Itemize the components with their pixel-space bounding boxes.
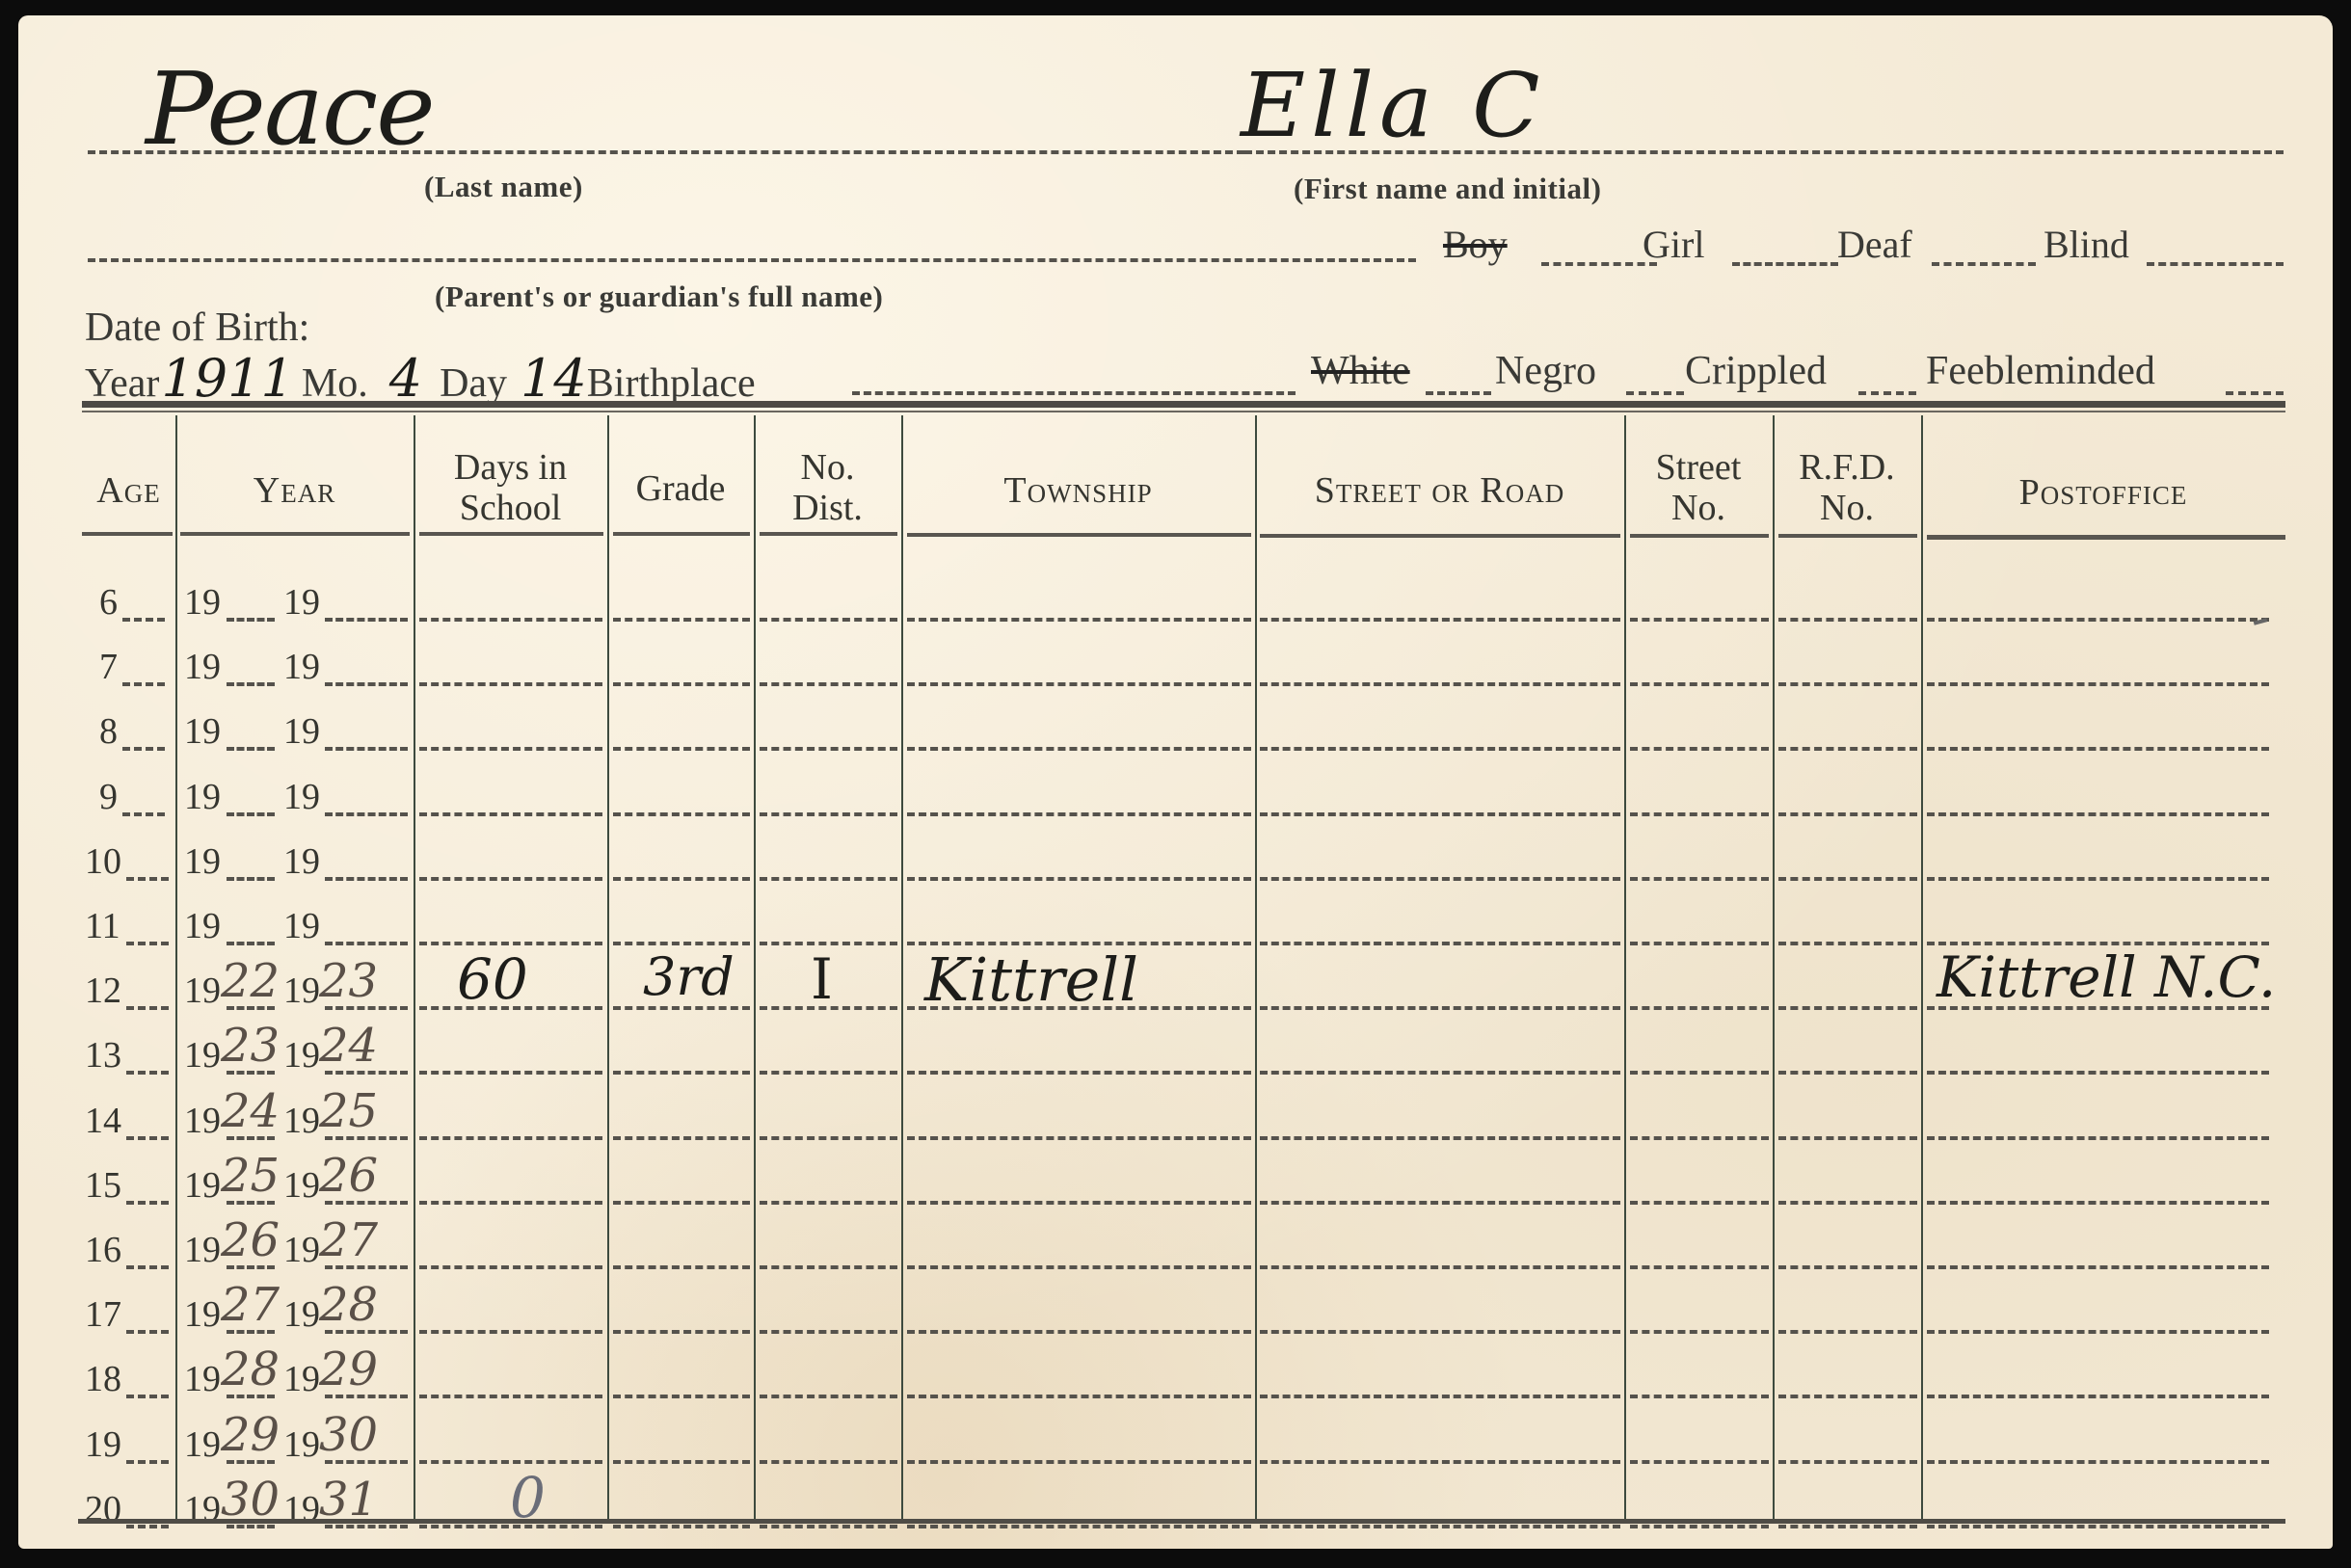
- year-from-dash: [227, 1265, 275, 1269]
- row-year-from[interactable]: 28: [221, 1342, 280, 1396]
- row-year-from-prefix: 19: [184, 840, 221, 883]
- year-from-dash: [227, 1006, 275, 1010]
- age-dash: [126, 1395, 169, 1398]
- year-from-dash: [227, 747, 275, 751]
- row-year-from[interactable]: 25: [221, 1149, 280, 1203]
- row-field-line: [419, 1071, 602, 1075]
- dob-label: Date of Birth:: [85, 305, 309, 351]
- deaf-dash: [1932, 262, 2036, 266]
- age-dash: [126, 1006, 169, 1010]
- row-field-line: [1260, 682, 1620, 686]
- row-year-to[interactable]: 24: [319, 1019, 378, 1073]
- row-field-line: [1778, 1006, 1917, 1010]
- row-year-to[interactable]: 25: [319, 1084, 378, 1138]
- row-field-line: [419, 942, 602, 945]
- option-feebleminded: Feebleminded: [1926, 348, 2155, 394]
- row-year-to[interactable]: 29: [319, 1342, 378, 1396]
- header-rule: [1778, 534, 1917, 538]
- row-age: 15: [85, 1164, 121, 1207]
- row-field-line: [1778, 1071, 1917, 1075]
- row-field-line: [1260, 1201, 1620, 1205]
- row-field-line: [760, 1071, 897, 1075]
- row-field-line: [1630, 1460, 1769, 1464]
- row-year-to-prefix: 19: [283, 1488, 320, 1530]
- header-rule: [419, 532, 603, 536]
- year-to-dash: [325, 812, 408, 816]
- row-field-line: [760, 1265, 897, 1269]
- row-field-line: [1260, 1395, 1620, 1398]
- row-age: 16: [85, 1229, 121, 1271]
- row-field-line: [1260, 1330, 1620, 1334]
- row-field-line: [760, 747, 897, 751]
- header-rfd-no: R.F.D. No.: [1773, 447, 1921, 528]
- header-dist-line1: No.: [754, 447, 901, 488]
- row-year-to[interactable]: 26: [319, 1149, 378, 1203]
- header-grade: Grade: [607, 468, 754, 509]
- crippled-dash: [1858, 391, 1916, 395]
- header-rule: [613, 532, 750, 536]
- year-from-dash: [227, 812, 275, 816]
- row-year-from-prefix: 19: [184, 1358, 221, 1400]
- age-dash: [126, 942, 169, 945]
- row-year-from[interactable]: 24: [221, 1084, 280, 1138]
- header-age: Age: [82, 470, 175, 511]
- row-year-to[interactable]: 23: [319, 954, 378, 1008]
- row-age: 19: [85, 1423, 121, 1466]
- row-year-to-prefix: 19: [283, 1100, 320, 1142]
- header-street-or-road: Street or Road: [1255, 470, 1624, 511]
- age-dash: [126, 1460, 169, 1464]
- row-field-line: [1260, 1071, 1620, 1075]
- row-field-line: [613, 877, 750, 881]
- row-age: 17: [85, 1293, 121, 1336]
- row-year-from-prefix: 19: [184, 1488, 221, 1530]
- option-girl: Girl: [1643, 222, 1704, 267]
- row-year-to-prefix: 19: [283, 1229, 320, 1271]
- row-year-to-prefix: 19: [283, 646, 320, 688]
- row-field-line: [1260, 1265, 1620, 1269]
- age-dash: [122, 618, 165, 622]
- header-street-no-line1: Street: [1624, 447, 1773, 488]
- row-field-line: [613, 682, 750, 686]
- row-year-from-prefix: 19: [184, 1034, 221, 1076]
- row-year-from-prefix: 19: [184, 905, 221, 947]
- year-from-dash: [227, 1525, 275, 1528]
- col-divider: [1773, 415, 1775, 1524]
- row-field-line: [1260, 1525, 1620, 1528]
- row-field-line: [1778, 942, 1917, 945]
- row-field-line: [907, 1395, 1251, 1398]
- row-field-line: [1778, 1525, 1917, 1528]
- girl-dash: [1732, 262, 1838, 266]
- year-to-dash: [325, 1201, 408, 1205]
- row-age: 11: [85, 905, 120, 947]
- row-year-from[interactable]: 29: [221, 1408, 280, 1462]
- header-rule: [1927, 535, 2285, 540]
- row-age: 20: [85, 1488, 121, 1530]
- row-year-from[interactable]: 23: [221, 1019, 280, 1073]
- row-field-line: [907, 682, 1251, 686]
- header-township: Township: [901, 470, 1255, 511]
- row-year-from[interactable]: 22: [221, 954, 280, 1008]
- row-field-line: [419, 682, 602, 686]
- row-field-line: [613, 1460, 750, 1464]
- row-year-to-prefix: 19: [283, 1034, 320, 1076]
- year-to-dash: [325, 1395, 408, 1398]
- row-field-line: [760, 1136, 897, 1140]
- row-field-line: [1778, 1201, 1917, 1205]
- row-field-line: [1778, 1395, 1917, 1398]
- year-from-dash: [227, 1330, 275, 1334]
- row-year-from[interactable]: 26: [221, 1213, 280, 1267]
- year-to-dash: [325, 1265, 408, 1269]
- dob-day-label: Day: [440, 361, 507, 406]
- row-field-line: [419, 747, 602, 751]
- row-year-to-prefix: 19: [283, 1164, 320, 1207]
- header-days-in-school: Days in School: [414, 447, 607, 528]
- last-name-label: (Last name): [424, 170, 583, 204]
- row-field-line: [907, 1330, 1251, 1334]
- row-age: 12: [85, 970, 121, 1012]
- white-dash: [1426, 391, 1491, 395]
- age-dash: [122, 682, 165, 686]
- row-field-line: [419, 1395, 602, 1398]
- first-name-value: Ella C: [1241, 54, 1546, 157]
- row-field-line: [1630, 1071, 1769, 1075]
- age-dash: [126, 1525, 169, 1528]
- year-to-dash: [325, 1525, 408, 1528]
- row-township[interactable]: Kittrell: [924, 944, 1138, 1015]
- table-bottom-rule: [78, 1519, 2285, 1524]
- header-dist-line2: Dist.: [754, 488, 901, 528]
- row-year-from[interactable]: 27: [221, 1278, 280, 1332]
- row-field-line: [1927, 747, 2269, 751]
- row-field-line: [1260, 618, 1620, 622]
- row-year-to-prefix: 19: [283, 1358, 320, 1400]
- dob-year-label: Year: [85, 361, 159, 406]
- row-year-to[interactable]: 30: [319, 1408, 378, 1462]
- guardian-label: (Parent's or guardian's full name): [435, 279, 883, 314]
- row-field-line: [907, 877, 1251, 881]
- row-field-line: [419, 1201, 602, 1205]
- row-year-to-prefix: 19: [283, 905, 320, 947]
- header-rule: [180, 532, 410, 536]
- row-field-line: [760, 1201, 897, 1205]
- header-rfd-line1: R.F.D.: [1773, 447, 1921, 488]
- row-field-line: [907, 747, 1251, 751]
- feebleminded-dash: [2226, 391, 2284, 395]
- first-name-label: (First name and initial): [1294, 172, 1601, 206]
- row-age: 13: [85, 1034, 121, 1076]
- option-white-label: White: [1311, 349, 1410, 393]
- row-field-line: [760, 1395, 897, 1398]
- header-rule: [1630, 534, 1769, 538]
- row-field-line: [1260, 747, 1620, 751]
- option-boy: Boy: [1443, 222, 1508, 267]
- school-census-card: Peace (Last name) Ella C (First name and…: [18, 15, 2333, 1549]
- row-year-from-prefix: 19: [184, 970, 221, 1012]
- row-field-line: [1260, 1006, 1620, 1010]
- row-field-line: [1630, 812, 1769, 816]
- row-field-line: [907, 1136, 1251, 1140]
- year-to-dash: [325, 1330, 408, 1334]
- row-days-in-school[interactable]: 60: [457, 946, 528, 1012]
- row-field-line: [760, 618, 897, 622]
- row-field-line: [1927, 1460, 2269, 1464]
- row-field-line: [907, 1525, 1251, 1528]
- age-dash: [122, 747, 165, 751]
- row-year-to-prefix: 19: [283, 1423, 320, 1466]
- row-field-line: [1630, 1006, 1769, 1010]
- row-age: 10: [85, 840, 121, 883]
- year-from-dash: [227, 618, 275, 622]
- blind-dash: [2147, 262, 2284, 266]
- row-age: 8: [99, 710, 118, 753]
- row-field-line: [613, 1265, 750, 1269]
- row-field-line: [760, 877, 897, 881]
- row-grade[interactable]: 3rd: [643, 946, 735, 1007]
- row-field-line: [760, 1460, 897, 1464]
- row-postoffice[interactable]: Kittrell N.C.: [1937, 944, 2276, 1010]
- row-field-line: [1778, 682, 1917, 686]
- row-field-line: [1927, 1136, 2269, 1140]
- row-field-line: [419, 618, 602, 622]
- header-days-line2: School: [414, 488, 607, 528]
- header-postoffice: Postoffice: [1921, 472, 2285, 513]
- col-divider: [414, 415, 415, 1524]
- header-no-dist: No. Dist.: [754, 447, 901, 528]
- row-field-line: [613, 1525, 750, 1528]
- row-field-line: [907, 1460, 1251, 1464]
- col-divider: [754, 415, 756, 1524]
- row-field-line: [1630, 1330, 1769, 1334]
- table-top-rule-thin: [82, 411, 2285, 412]
- header-rule: [760, 532, 897, 536]
- row-field-line: [1778, 1330, 1917, 1334]
- row-year-from-prefix: 19: [184, 1100, 221, 1142]
- row-year-from-prefix: 19: [184, 581, 221, 624]
- option-crippled: Crippled: [1685, 348, 1827, 394]
- boy-dash: [1541, 262, 1657, 266]
- header-year: Year: [175, 470, 414, 511]
- birthplace-line: [852, 391, 1296, 395]
- row-field-line: [613, 1395, 750, 1398]
- dob-day-value: 14: [521, 348, 587, 409]
- row-field-line: [907, 812, 1251, 816]
- row-year-from-prefix: 19: [184, 1229, 221, 1271]
- row-field-line: [1927, 682, 2269, 686]
- row-field-line: [1927, 1525, 2269, 1528]
- option-deaf: Deaf: [1837, 222, 1912, 267]
- year-to-dash: [325, 1071, 408, 1075]
- row-field-line: [1927, 1201, 2269, 1205]
- row-age: 7: [99, 646, 118, 688]
- row-field-line: [1630, 1265, 1769, 1269]
- year-to-dash: [325, 942, 408, 945]
- row-field-line: [613, 747, 750, 751]
- row-field-line: [907, 1201, 1251, 1205]
- age-dash: [126, 1201, 169, 1205]
- option-white: White: [1311, 348, 1410, 394]
- row-year-from-prefix: 19: [184, 710, 221, 753]
- age-dash: [126, 877, 169, 881]
- row-field-line: [1630, 1525, 1769, 1528]
- row-field-line: [1630, 1201, 1769, 1205]
- row-year-to-prefix: 19: [283, 581, 320, 624]
- row-year-to[interactable]: 27: [319, 1213, 378, 1267]
- last-name-line: [88, 150, 1244, 154]
- row-field-line: [1630, 618, 1769, 622]
- row-year-from-prefix: 19: [184, 646, 221, 688]
- row-field-line: [1260, 1136, 1620, 1140]
- row-year-from-prefix: 19: [184, 1423, 221, 1466]
- row-field-line: [907, 1071, 1251, 1075]
- year-from-dash: [227, 1460, 275, 1464]
- year-to-dash: [325, 747, 408, 751]
- row-field-line: [613, 942, 750, 945]
- header-street-no: Street No.: [1624, 447, 1773, 528]
- row-year-to-prefix: 19: [283, 776, 320, 818]
- row-field-line: [760, 682, 897, 686]
- row-field-line: [613, 1330, 750, 1334]
- row-year-to-prefix: 19: [283, 710, 320, 753]
- table-top-rule: [82, 401, 2285, 408]
- row-field-line: [1927, 1071, 2269, 1075]
- year-from-dash: [227, 1201, 275, 1205]
- header-rule: [82, 532, 173, 536]
- age-dash: [122, 812, 165, 816]
- year-from-dash: [227, 877, 275, 881]
- row-field-line: [1927, 1265, 2269, 1269]
- header-rule: [1260, 534, 1620, 538]
- year-to-dash: [325, 618, 408, 622]
- year-to-dash: [325, 1006, 408, 1010]
- row-field-line: [419, 1136, 602, 1140]
- row-year-from-prefix: 19: [184, 776, 221, 818]
- row-field-line: [907, 1265, 1251, 1269]
- row-field-line: [1260, 812, 1620, 816]
- age-dash: [126, 1265, 169, 1269]
- row-field-line: [1778, 877, 1917, 881]
- row-field-line: [1260, 942, 1620, 945]
- header-street-no-line2: No.: [1624, 488, 1773, 528]
- header-days-line1: Days in: [414, 447, 607, 488]
- row-age: 18: [85, 1358, 121, 1400]
- row-field-line: [1260, 1460, 1620, 1464]
- year-from-dash: [227, 1071, 275, 1075]
- year-from-dash: [227, 682, 275, 686]
- year-from-dash: [227, 942, 275, 945]
- row-field-line: [613, 1136, 750, 1140]
- row-field-line: [1778, 618, 1917, 622]
- row-field-line: [419, 1265, 602, 1269]
- col-divider: [1255, 415, 1257, 1524]
- row-district[interactable]: I: [811, 946, 833, 1012]
- dob-month-label: Mo.: [302, 361, 368, 406]
- row-field-line: [613, 1071, 750, 1075]
- row-age: 9: [99, 776, 118, 818]
- row-field-line: [907, 618, 1251, 622]
- row-field-line: [1927, 877, 2269, 881]
- first-name-line: [1244, 150, 2284, 154]
- row-field-line: [613, 1201, 750, 1205]
- dob-year-value: 1911: [161, 348, 293, 409]
- row-field-line: [1630, 942, 1769, 945]
- option-blind: Blind: [2044, 222, 2129, 267]
- row-field-line: [419, 877, 602, 881]
- row-field-line: [419, 1330, 602, 1334]
- row-field-line: [1927, 1330, 2269, 1334]
- row-field-line: [760, 942, 897, 945]
- row-age: 14: [85, 1100, 121, 1142]
- row-field-line: [1778, 1265, 1917, 1269]
- row-age: 6: [99, 581, 118, 624]
- row-year-to-prefix: 19: [283, 1293, 320, 1336]
- year-to-dash: [325, 877, 408, 881]
- row-year-to-prefix: 19: [283, 970, 320, 1012]
- age-dash: [126, 1330, 169, 1334]
- row-field-line: [1630, 1395, 1769, 1398]
- row-field-line: [1778, 812, 1917, 816]
- col-divider: [1921, 415, 1923, 1524]
- birthplace-label: Birthplace: [587, 361, 756, 406]
- row-field-line: [1630, 877, 1769, 881]
- age-dash: [126, 1136, 169, 1140]
- year-to-dash: [325, 682, 408, 686]
- row-field-line: [1927, 618, 2269, 622]
- row-year-to[interactable]: 28: [319, 1278, 378, 1332]
- row-field-line: [1778, 1136, 1917, 1140]
- row-year-to-prefix: 19: [283, 840, 320, 883]
- dob-row: Year1911Mo.4Day14Birthplace: [85, 348, 756, 409]
- age-dash: [126, 1071, 169, 1075]
- year-to-dash: [325, 1136, 408, 1140]
- col-divider: [607, 415, 609, 1524]
- year-from-dash: [227, 1395, 275, 1398]
- row-field-line: [419, 812, 602, 816]
- row-field-line: [1778, 1460, 1917, 1464]
- option-boy-label: Boy: [1443, 223, 1508, 266]
- row-field-line: [760, 812, 897, 816]
- col-divider: [1624, 415, 1626, 1524]
- row-field-line: [1630, 747, 1769, 751]
- guardian-line: [88, 258, 1416, 262]
- row-field-line: [1927, 1395, 2269, 1398]
- col-divider: [901, 415, 903, 1524]
- row-field-line: [613, 812, 750, 816]
- option-negro: Negro: [1495, 348, 1596, 394]
- row-field-line: [1630, 1136, 1769, 1140]
- year-to-dash: [325, 1460, 408, 1464]
- col-divider: [175, 415, 177, 1524]
- header-rfd-line2: No.: [1773, 488, 1921, 528]
- row-field-line: [1630, 682, 1769, 686]
- row-field-line: [419, 1460, 602, 1464]
- negro-dash: [1626, 391, 1684, 395]
- row-field-line: [1778, 747, 1917, 751]
- row-field-line: [760, 1525, 897, 1528]
- row-field-line: [1260, 877, 1620, 881]
- row-field-line: [1927, 812, 2269, 816]
- row-field-line: [760, 1330, 897, 1334]
- dob-month-value: 4: [389, 348, 422, 409]
- header-rule: [907, 533, 1251, 537]
- row-field-line: [613, 618, 750, 622]
- year-from-dash: [227, 1136, 275, 1140]
- row-year-from-prefix: 19: [184, 1164, 221, 1207]
- row-year-from-prefix: 19: [184, 1293, 221, 1336]
